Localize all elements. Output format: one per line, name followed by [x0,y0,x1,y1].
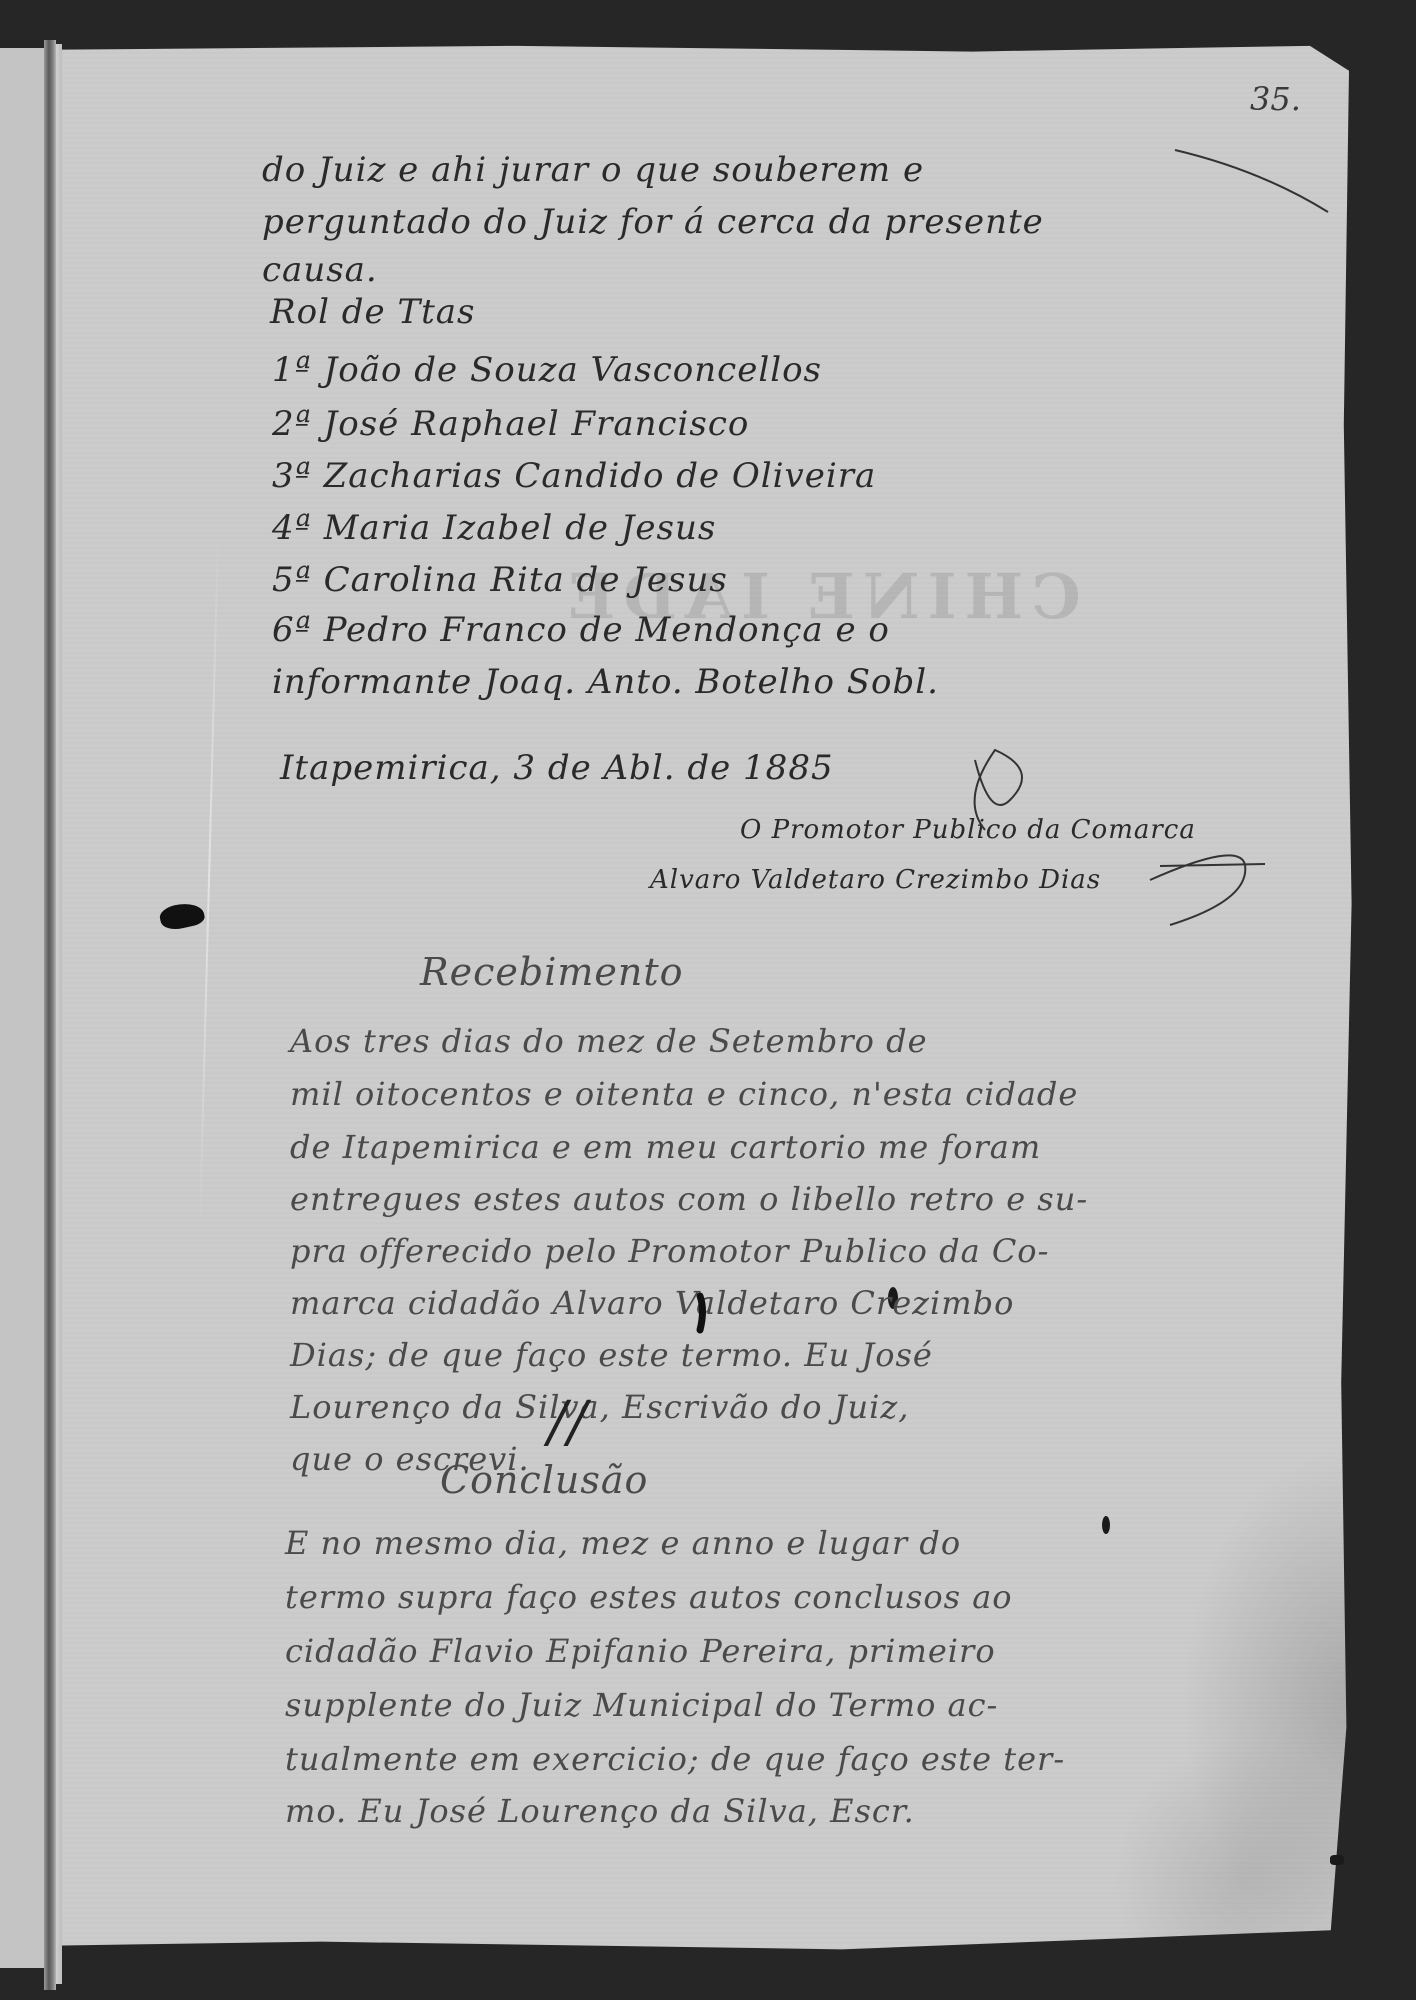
witness-item: 2ª José Raphael Francisco [272,404,749,444]
opening-line: perguntado do Juiz for á cerca da presen… [262,202,1044,242]
witness-name: Pedro Franco de Mendonça e o [324,610,890,650]
informant-line: informante Joaq. Anto. Botelho Sobl. [272,662,939,702]
place-date: Itapemirica, 3 de Abl. de 1885 [280,748,834,788]
recebimento-line: Lourenço da Silva, Escrivão do Juiz, [290,1388,909,1426]
witness-item: 1ª João de Souza Vasconcellos [272,350,822,390]
signer-title: O Promotor Publico da Comarca [740,815,1196,845]
facing-page-edge [0,48,44,1968]
witness-name: João de Souza Vasconcellos [324,350,822,390]
witness-number: 3ª [272,456,312,496]
conclusao-line: tualmente em exercicio; de que faço este… [285,1740,1065,1778]
witness-name: Zacharias Candido de Oliveira [324,456,877,496]
recebimento-line: pra offerecido pelo Promotor Publico da … [290,1232,1049,1270]
witness-item: 4ª Maria Izabel de Jesus [272,508,716,548]
document-scan: CHINE IADE 35. do Juiz e ahi jurar o que… [0,0,1416,2000]
folio-number: 35. [1250,80,1301,118]
witness-name: Carolina Rita de Jesus [324,560,728,600]
ink-stain-icon [1330,1855,1344,1865]
conclusao-line: supplente do Juiz Municipal do Termo ac- [285,1686,998,1724]
recebimento-line: de Itapemirica e em meu cartorio me fora… [290,1128,1041,1166]
recebimento-line: marca cidadão Alvaro Valdetaro Crezimbo [290,1284,1014,1322]
witness-item: 5ª Carolina Rita de Jesus [272,560,728,600]
ink-spot-icon [1102,1516,1110,1534]
conclusao-line: cidadão Flavio Epifanio Pereira, primeir… [285,1632,996,1670]
conclusao-line: E no mesmo dia, mez e anno e lugar do [285,1524,961,1562]
witness-item: 3ª Zacharias Candido de Oliveira [272,456,876,496]
recebimento-line: mil oitocentos e oitenta e cinco, n'esta… [290,1075,1078,1113]
witness-number: 4ª [272,508,312,548]
opening-line: causa. [262,250,378,290]
witness-list-heading: Rol de Ttas [270,292,476,332]
binding-strip [44,40,56,1990]
witness-number: 2ª [272,404,312,444]
conclusao-line: termo supra faço estes autos conclusos a… [285,1578,1013,1616]
recebimento-line: Aos tres dias do mez de Setembro de [290,1022,928,1060]
witness-name: José Raphael Francisco [324,404,750,444]
conclusao-line: mo. Eu José Lourenço da Silva, Escr. [285,1792,915,1830]
witness-number: 1ª [272,350,312,390]
opening-line: do Juiz e ahi jurar o que souberem e [262,150,924,190]
signer-name: Alvaro Valdetaro Crezimbo Dias [650,865,1101,895]
binding-strip-inner [56,44,62,1984]
witness-name: Maria Izabel de Jesus [324,508,717,548]
recebimento-heading: Recebimento [420,950,684,994]
witness-number: 5ª [272,560,312,600]
recebimento-line: Dias; de que faço este termo. Eu José [290,1336,933,1374]
conclusao-heading: Conclusão [440,1458,648,1502]
witness-number: 6ª [272,610,312,650]
recebimento-line: entregues estes autos com o libello retr… [290,1180,1088,1218]
witness-item: 6ª Pedro Franco de Mendonça e o [272,610,890,650]
double-stroke-mark: // [548,1390,588,1455]
